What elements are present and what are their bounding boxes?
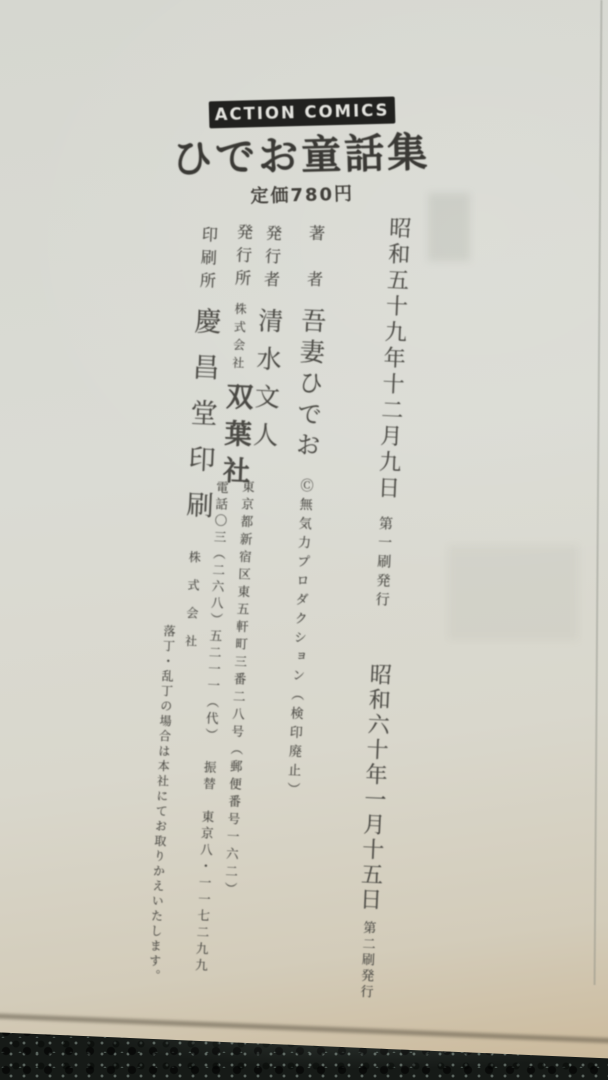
return-notice-column: 落丁・乱丁の場合は本社にてお取りかえいたします。 [146,624,178,984]
second-printing-edition: 第二刷発行 [357,920,375,1001]
first-printing-date: 昭和五十九年十二月九日 [374,216,411,503]
publisher-postal-transfer: 振替 東京八・一一七二九九 [193,760,217,975]
copyright-notice: Ⓒ無気力プロダクション（検印廃止） [284,478,313,801]
publisher-label: 発行所 [232,223,254,293]
return-notice: 落丁・乱丁の場合は本社にてお取りかえいたします。 [147,624,177,984]
book-title: ひでお童話集 [140,120,461,185]
book-colophon-photo: ACTION COMICS ひでお童話集 定価780円 昭和五十九年十二月九日第… [0,0,608,1080]
publisher-name: 双葉社 [217,382,253,494]
author-label: 著 者 [304,224,326,294]
publisher-address: 東京都新宿区東五軒町三番二八号（郵便番号一六二） [222,480,255,900]
author-column: 著 者吾妻ひでおⒸ無気力プロダクション（検印廃止） [279,224,329,802]
title-block: ACTION COMICS ひでお童話集 定価780円 [0,0,605,8]
printing-dates-column: 昭和五十九年十二月九日第一刷発行昭和六十年一月十五日第二刷発行 [353,216,409,1001]
author-name: 吾妻ひでお [292,307,328,463]
colophon: 昭和五十九年十二月九日第一刷発行昭和六十年一月十五日第二刷発行 著 者吾妻ひでお… [0,187,608,1023]
issuer-name: 清水文人 [249,307,285,460]
printer-label: 印刷所 [197,226,219,296]
printer-corp-suffix: 株式会社 [183,550,202,663]
publisher-corp-prefix: 株式会社 [230,302,247,375]
first-printing-edition: 第一刷発行 [373,516,393,612]
issuer-label: 発行者 [261,224,283,294]
series-label: ACTION COMICS [214,101,389,125]
second-printing-date: 昭和六十年一月十五日 [356,662,392,913]
